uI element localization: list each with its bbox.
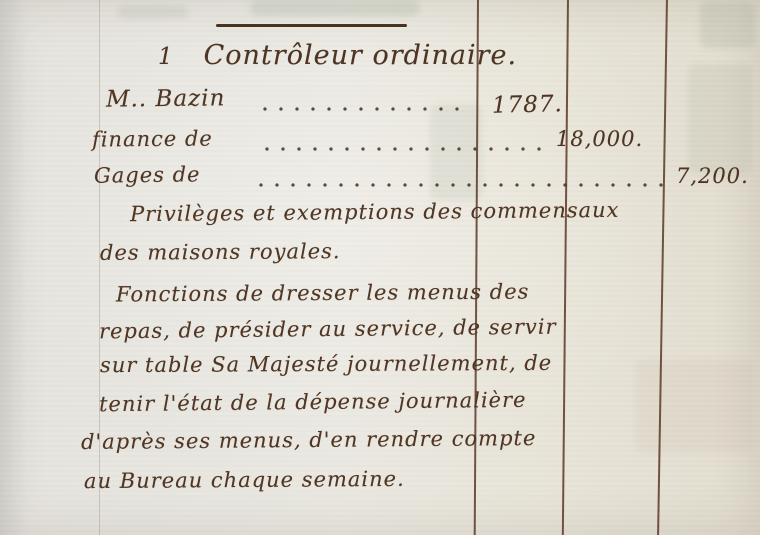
column-rule-3 [657, 0, 668, 535]
bleedthrough-ghost [118, 6, 188, 18]
column-rule-1 [474, 0, 479, 535]
column-rule-2 [562, 0, 569, 535]
left-margin-crease [99, 0, 100, 535]
functions-line: repas, de présider au service, de servir [99, 315, 557, 344]
functions-line: au Bureau chaque semaine. [84, 467, 405, 493]
row-label-finance: finance de [92, 126, 213, 151]
row-value-year: 1787. [492, 91, 563, 118]
manuscript-page: 1Contrôleur ordinaire. M.. Bazin 1787. f… [0, 0, 760, 535]
privileges-line: des maisons royales. [100, 239, 341, 265]
entry-title: Contrôleur ordinaire. [204, 40, 517, 71]
bleedthrough-ghost [250, 0, 420, 16]
row-value-finance: 18,000. [556, 127, 643, 151]
entry-heading: 1Contrôleur ordinaire. [158, 40, 517, 71]
functions-line: d'après ses menus, d'en rendre compte [81, 426, 537, 454]
row-value-gages: 7,200. [676, 164, 749, 188]
functions-line: sur table Sa Majesté journellement, de [100, 351, 552, 377]
bleedthrough-ghost [636, 360, 754, 452]
dot-leader [262, 106, 468, 112]
row-label-gages: Gages de [94, 162, 201, 187]
dot-leader [264, 146, 552, 152]
privileges-line: Privilèges et exemptions des commensaux [130, 198, 620, 226]
functions-line: tenir l'état de la dépense journalière [99, 388, 527, 416]
bleedthrough-ghost [688, 64, 752, 174]
bleedthrough-ghost [700, 2, 755, 48]
row-label-bazin: M.. Bazin [106, 85, 226, 112]
title-rule [216, 24, 407, 27]
dot-leader [258, 182, 666, 188]
entry-number: 1 [158, 44, 174, 70]
functions-line: Fonctions de dresser les menus des [116, 280, 530, 307]
